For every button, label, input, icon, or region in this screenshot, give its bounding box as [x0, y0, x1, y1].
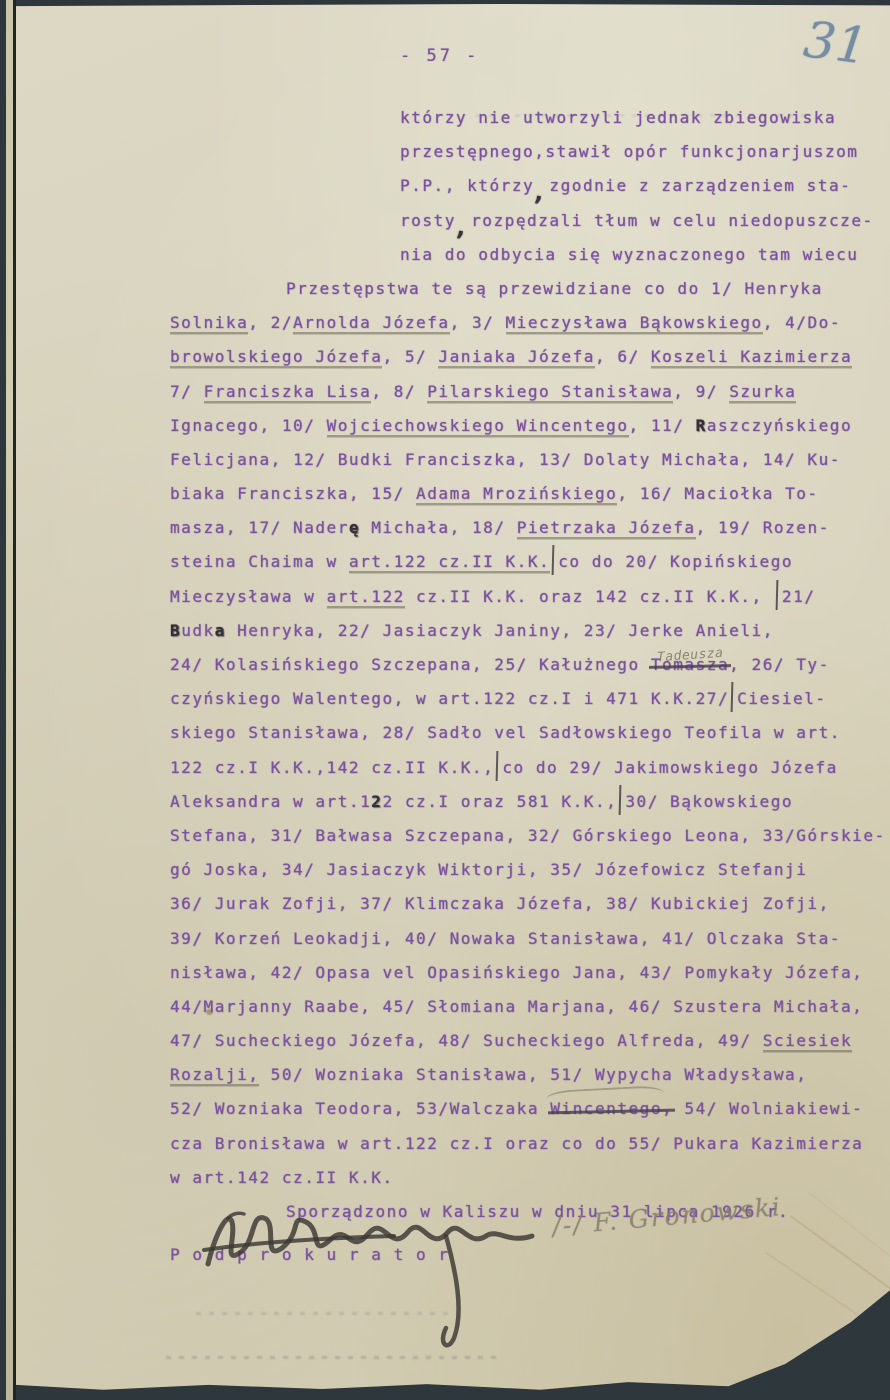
- text-line: nia do odbycia się wyznaczonego tam wiec…: [400, 238, 875, 272]
- text-run: Stefana, 31/ Bałwasa Szczepana, 32/ Górs…: [170, 826, 886, 845]
- scanned-document: { "page": { "header_page_number": "- 57 …: [0, 0, 890, 1400]
- insert-bar: [619, 785, 622, 815]
- text-line: P o d p r o k u r a t o r: [170, 1238, 875, 1272]
- insert-bar: [496, 751, 499, 781]
- text-run: 7/: [170, 382, 204, 401]
- strikethrough: Wincentego,: [550, 1099, 673, 1118]
- text-run: co do 29/ Jakimowskiego Józefa: [502, 758, 837, 777]
- text-run: , 5/: [382, 347, 438, 366]
- pencil-underline: Janiaka Józefa: [438, 347, 595, 366]
- text-line: Rozalji, 50/ Wozniaka Stanisława, 51/ Wy…: [170, 1058, 875, 1092]
- text-run: biaka Franciszka, 15/: [170, 484, 416, 503]
- text-run: 2 cz.I oraz 581 K.K.,: [382, 792, 617, 811]
- text-line: w art.142 cz.II K.K.: [170, 1161, 875, 1195]
- text-line: nisława, 42/ Opasa vel Opasińskiego Jana…: [170, 956, 875, 990]
- pencil-underline: Koszeli Kazimierza: [651, 347, 852, 366]
- pencil-underline: Pilarskiego Stanisława: [427, 382, 673, 401]
- text-run: 44/Marjanny Raabe, 45/ Słomiana Marjana,…: [170, 997, 863, 1016]
- ink-overwrite: 2: [371, 792, 382, 811]
- paper-sheet: - 57 - 31 którzy nie utworzyli jednak zb…: [16, 4, 890, 1396]
- insert-bar: [731, 682, 734, 712]
- text-run: Michała, 18/: [360, 518, 517, 537]
- bleed-through-text: [476, 114, 806, 117]
- ink-speck-stain: [206, 1009, 213, 1015]
- text-run: 47/ Sucheckiego Józefa, 48/ Sucheckiego …: [170, 1031, 763, 1050]
- header-page-number: - 57 -: [400, 46, 479, 66]
- text-run: , 26/ Ty-: [729, 655, 830, 674]
- text-line: Przestępstwa te są przewidziane co do 1/…: [286, 272, 875, 306]
- text-line: 47/ Sucheckiego Józefa, 48/ Sucheckiego …: [170, 1024, 875, 1058]
- pencil-underline: Wojciechowskiego Wincentego: [327, 416, 629, 435]
- text-run: co do 20/ Kopińskiego: [558, 552, 793, 571]
- pencil-underline: art.122 cz.II K.K.: [349, 552, 550, 571]
- text-line: 39/ Korzeń Leokadji, 40/ Nowaka Stanisła…: [170, 922, 875, 956]
- pencil-underline: Szurka: [729, 382, 796, 401]
- pencil-underline: Mieczysława Bąkowskiego: [506, 313, 763, 332]
- text-line: Budka Henryka, 22/ Jasiaczyk Janiny, 23/…: [170, 614, 875, 648]
- text-run: którzy nie utworzyli jednak zbiegowiska: [400, 108, 836, 127]
- text-run: Ignacego, 10/: [170, 416, 327, 435]
- handwritten-folio-number: 31: [801, 10, 871, 75]
- text-run: 122 cz.I K.K.,142 cz.II K.K.,: [170, 758, 494, 777]
- text-line: Stefana, 31/ Bałwasa Szczepana, 32/ Górs…: [170, 819, 875, 853]
- text-run: , 11/: [629, 416, 696, 435]
- text-line: Mieczysława w art.122 cz.II K.K. oraz 14…: [170, 580, 875, 614]
- pencil-underline: browolskiego Józefa: [170, 347, 382, 366]
- text-line: 7/ Franciszka Lisa, 8/ Pilarskiego Stani…: [170, 375, 875, 409]
- text-run: , 4/Do-: [763, 313, 841, 332]
- text-line: Aleksandra w art.122 cz.I oraz 581 K.K.,…: [170, 785, 875, 819]
- text-line: biaka Franciszka, 15/ Adama Mrozińskiego…: [170, 477, 875, 511]
- text-line: Ignacego, 10/ Wojciechowskiego Wincenteg…: [170, 409, 875, 443]
- text-run: gó Joska, 34/ Jasiaczyk Wiktorji, 35/ Jó…: [170, 860, 807, 879]
- text-run: 39/ Korzeń Leokadji, 40/ Nowaka Stanisła…: [170, 929, 841, 948]
- pencil-underline: Arnolda Józefa: [293, 313, 450, 332]
- text-run: w art.142 cz.II K.K.: [170, 1168, 394, 1187]
- text-run: nisława, 42/ Opasa vel Opasińskiego Jana…: [170, 963, 863, 982]
- text-run: , 6/: [595, 347, 651, 366]
- pencil-correction-note: Tadeusza: [656, 637, 725, 676]
- text-run: Henryka, 22/ Jasiaczyk Janiny, 23/ Jerke…: [226, 621, 774, 640]
- insert-bar: [552, 545, 555, 575]
- text-line: przestępnego,stawił opór funkcjonarjuszo…: [400, 135, 875, 169]
- strikethrough: TomaszaTadeusza: [651, 655, 729, 674]
- text-run: Aleksandra w art.1: [170, 792, 371, 811]
- text-run: , 3/: [450, 313, 506, 332]
- text-run: udk: [181, 621, 215, 640]
- typewritten-text-block: którzy nie utworzyli jednak zbiegowiskap…: [170, 101, 875, 1272]
- text-run: 21/: [782, 587, 816, 606]
- pencil-underline: Solnika: [170, 313, 248, 332]
- text-run: P.P., którzy: [400, 176, 534, 195]
- text-run: , 19/ Rozen-: [696, 518, 830, 537]
- text-run: 36/ Jurak Zofji, 37/ Klimczaka Józefa, 3…: [170, 894, 830, 913]
- page-edge-shadow: [13, 0, 16, 1400]
- text-line: P.P., którzy,zgodnie z zarządzeniem sta-: [400, 169, 875, 203]
- bleed-through-text: [166, 1356, 496, 1359]
- pencil-underline: Adama Mrozińskiego: [416, 484, 617, 503]
- text-line: rosty,rozpędzali tłum w celu niedopuszcz…: [400, 204, 875, 238]
- text-run: przestępnego,stawił opór funkcjonarjuszo…: [400, 142, 859, 161]
- text-line: którzy nie utworzyli jednak zbiegowiska: [400, 101, 875, 135]
- text-run: 50/ Wozniaka Stanisława, 51/ Wypycha Wła…: [259, 1065, 807, 1084]
- text-run: 54/ Wolniakiewi-: [673, 1099, 863, 1118]
- text-run: Felicjana, 12/ Budki Franciszka, 13/ Dol…: [170, 450, 841, 469]
- text-run: 24/ Kolasińskiego Szczepana, 25/ Kałużne…: [170, 655, 651, 674]
- text-run: 30/ Bąkowskiego: [625, 792, 793, 811]
- text-run: Mieczysława w: [170, 587, 327, 606]
- text-run: rozpędzali tłum w celu niedopuszcze-: [471, 211, 874, 230]
- text-line: 52/ Wozniaka Teodora, 53/Walczaka Wincen…: [170, 1092, 875, 1126]
- text-line: steina Chaima w art.122 cz.II K.K.co do …: [170, 545, 875, 579]
- text-line: 24/ Kolasińskiego Szczepana, 25/ Kałużne…: [170, 648, 875, 682]
- text-line: Felicjana, 12/ Budki Franciszka, 13/ Dol…: [170, 443, 875, 477]
- pencil-underline: Rozalji,: [170, 1065, 259, 1084]
- pencil-underline: art.122: [327, 587, 405, 606]
- text-line: skiego Stanisława, 28/ Sadło vel Sadłows…: [170, 716, 875, 750]
- text-run: cz.II K.K. oraz 142 cz.II K.K.,: [405, 587, 774, 606]
- text-run: 52/ Wozniaka Teodora, 53/Walczaka: [170, 1099, 550, 1118]
- pencil-underline: Franciszka Lisa: [204, 382, 372, 401]
- text-run: Ciesiel-: [737, 689, 826, 708]
- text-run: P o d p r o k u r a t o r: [170, 1245, 450, 1264]
- text-run: steina Chaima w: [170, 552, 349, 571]
- bleed-through-text: [196, 1312, 456, 1315]
- ink-overwrite: R: [696, 416, 707, 435]
- text-line: browolskiego Józefa, 5/ Janiaka Józefa, …: [170, 340, 875, 374]
- pencil-underline: Pietrzaka Józefa: [517, 518, 696, 537]
- ink-overwrite: B: [170, 621, 181, 640]
- text-line: 122 cz.I K.K.,142 cz.II K.K.,co do 29/ J…: [170, 751, 875, 785]
- text-run: masza, 17/ Nader: [170, 518, 349, 537]
- text-line: masza, 17/ Naderę Michała, 18/ Pietrzaka…: [170, 511, 875, 545]
- text-run: , 9/: [673, 382, 729, 401]
- text-line: 44/Marjanny Raabe, 45/ Słomiana Marjana,…: [170, 990, 875, 1024]
- text-run: nia do odbycia się wyznaczonego tam wiec…: [400, 245, 859, 264]
- text-run: cza Bronisława w art.122 cz.I oraz co do…: [170, 1134, 863, 1153]
- text-line: cza Bronisława w art.122 cz.I oraz co do…: [170, 1127, 875, 1161]
- text-line: czyńskiego Walentego, w art.122 cz.I i 4…: [170, 682, 875, 716]
- text-run: , 16/ Maciołka To-: [617, 484, 818, 503]
- text-run: Przestępstwa te są przewidziane co do 1/…: [286, 279, 823, 298]
- text-run: , 8/: [371, 382, 427, 401]
- text-run: skiego Stanisława, 28/ Sadło vel Sadłows…: [170, 723, 841, 742]
- ink-overwrite: ę: [349, 518, 360, 537]
- insert-bar: [775, 580, 778, 610]
- ink-overwrite: a: [215, 621, 226, 640]
- text-line: gó Joska, 34/ Jasiaczyk Wiktorji, 35/ Jó…: [170, 853, 875, 887]
- text-run: rosty: [400, 211, 456, 230]
- text-run: czyńskiego Walentego, w art.122 cz.I i 4…: [170, 689, 729, 708]
- text-line: Solnika, 2/Arnolda Józefa, 3/ Mieczysław…: [170, 306, 875, 340]
- text-run: aszczyńskiego: [707, 416, 852, 435]
- text-run: , 2/: [248, 313, 293, 332]
- pencil-underline: Sciesiek: [763, 1031, 852, 1050]
- text-run: zgodnie z zarządzeniem sta-: [549, 176, 851, 195]
- text-line: 36/ Jurak Zofji, 37/ Klimczaka Józefa, 3…: [170, 887, 875, 921]
